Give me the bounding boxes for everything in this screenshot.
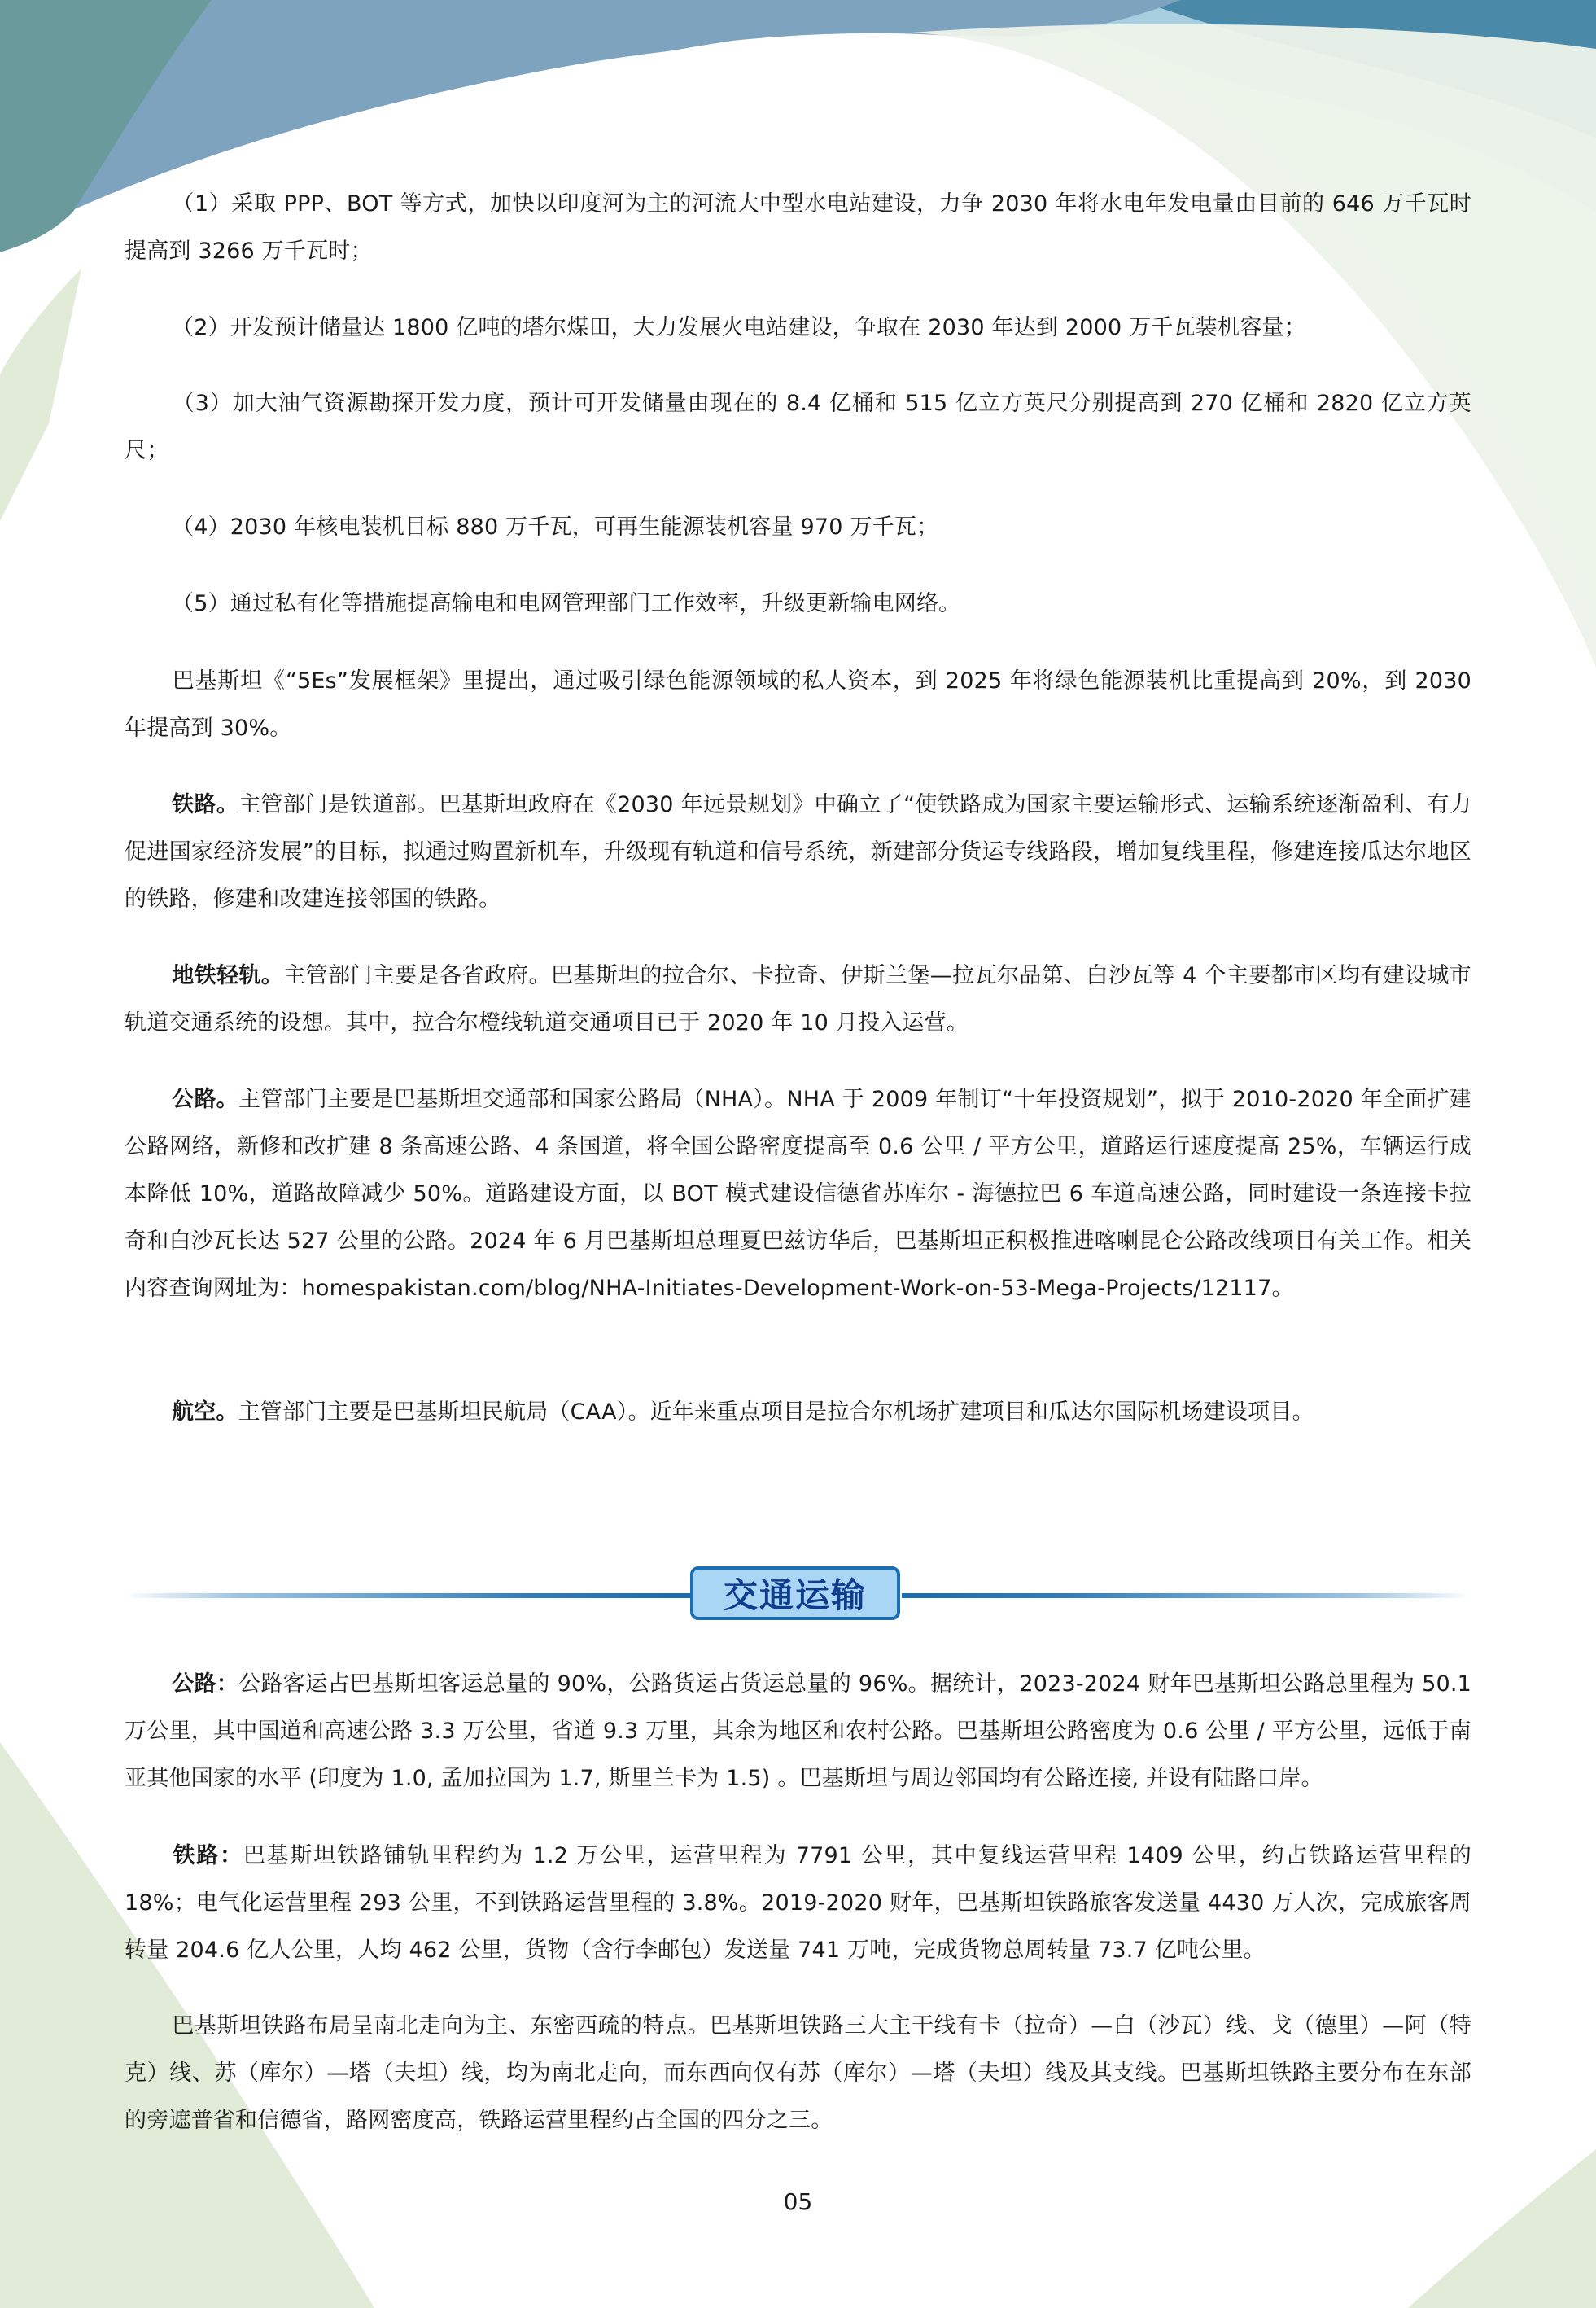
metro-sector-paragraph: 地铁轻轨。主管部门主要是各省政府。巴基斯坦的拉合尔、卡拉奇、伊斯兰堡—拉瓦尔品第… bbox=[125, 953, 1471, 1047]
energy-plan-item-4: （4）2030 年核电装机目标 880 万千瓦，可再生能源装机容量 970 万千… bbox=[125, 504, 1471, 551]
railway-layout-paragraph: 巴基斯坦铁路布局呈南北走向为主、东密西疏的特点。巴基斯坦铁路三大主干线有卡（拉奇… bbox=[125, 2003, 1471, 2144]
paragraph-text: 巴基斯坦铁路铺轨里程约为 1.2 万公里，运营里程为 7791 公里，其中复线运… bbox=[125, 1843, 1471, 1963]
green-energy-framework-paragraph: 巴基斯坦《“5Es”发展框架》里提出，通过吸引绿色能源领域的私人资本，到 202… bbox=[125, 658, 1471, 752]
section-title-badge: 交通运输 bbox=[690, 1566, 900, 1620]
energy-plan-item-1: （1）采取 PPP、BOT 等方式，加快以印度河为主的河流大中型水电站建设，力争… bbox=[125, 181, 1471, 275]
paragraph-lead: 航空。 bbox=[172, 1399, 238, 1425]
section-header-transport: 交通运输 bbox=[125, 1565, 1471, 1625]
railway-sector-paragraph: 铁路。主管部门是铁道部。巴基斯坦政府在《2030 年远景规划》中确立了“使铁路成… bbox=[125, 782, 1471, 923]
transport-railway-paragraph: 铁路：巴基斯坦铁路铺轨里程约为 1.2 万公里，运营里程为 7791 公里，其中… bbox=[125, 1833, 1471, 1974]
highway-sector-paragraph: 公路。主管部门主要是巴基斯坦交通部和国家公路局（NHA）。NHA 于 2009 … bbox=[125, 1076, 1471, 1312]
energy-plan-item-5: （5）通过私有化等措施提高输电和电网管理部门工作效率，升级更新输电网络。 bbox=[125, 580, 1471, 628]
paragraph-text: （4）2030 年核电装机目标 880 万千瓦，可再生能源装机容量 970 万千… bbox=[172, 515, 938, 540]
paragraph-text: （3）加大油气资源勘探开发力度，预计可开发储量由现在的 8.4 亿桶和 515 … bbox=[125, 391, 1471, 463]
paragraph-text: 公路客运占巴基斯坦客运总量的 90%，公路货运占货运总量的 96%。据统计，20… bbox=[125, 1671, 1471, 1791]
paragraph-lead: 铁路。 bbox=[172, 792, 238, 817]
section-title: 交通运输 bbox=[724, 1569, 867, 1618]
paragraph-lead: 公路： bbox=[172, 1671, 238, 1697]
header-divider-right bbox=[902, 1593, 1471, 1598]
paragraph-text: 主管部门主要是巴基斯坦交通部和国家公路局（NHA）。NHA 于 2009 年制订… bbox=[125, 1087, 1471, 1301]
header-divider-left bbox=[125, 1593, 694, 1598]
aviation-sector-paragraph: 航空。主管部门主要是巴基斯坦民航局（CAA）。近年来重点项目是拉合尔机场扩建项目… bbox=[125, 1389, 1471, 1436]
energy-plan-item-3: （3）加大油气资源勘探开发力度，预计可开发储量由现在的 8.4 亿桶和 515 … bbox=[125, 380, 1471, 475]
paragraph-text: （5）通过私有化等措施提高输电和电网管理部门工作效率，升级更新输电网络。 bbox=[172, 591, 960, 616]
paragraph-text: 巴基斯坦《“5Es”发展框架》里提出，通过吸引绿色能源领域的私人资本，到 202… bbox=[125, 668, 1471, 741]
transport-highway-paragraph: 公路：公路客运占巴基斯坦客运总量的 90%，公路货运占货运总量的 96%。据统计… bbox=[125, 1661, 1471, 1802]
paragraph-lead: 公路。 bbox=[172, 1087, 238, 1112]
energy-plan-item-2: （2）开发预计储量达 1800 亿吨的塔尔煤田，大力发展火电站建设，争取在 20… bbox=[125, 304, 1471, 352]
paragraph-text: 主管部门主要是各省政府。巴基斯坦的拉合尔、卡拉奇、伊斯兰堡—拉瓦尔品第、白沙瓦等… bbox=[125, 963, 1471, 1036]
paragraph-lead: 铁路： bbox=[172, 1843, 243, 1868]
paragraph-text: 主管部门主要是巴基斯坦民航局（CAA）。近年来重点项目是拉合尔机场扩建项目和瓜达… bbox=[238, 1399, 1314, 1425]
paragraph-text: （1）采取 PPP、BOT 等方式，加快以印度河为主的河流大中型水电站建设，力争… bbox=[125, 191, 1471, 264]
paragraph-text: 主管部门是铁道部。巴基斯坦政府在《2030 年远景规划》中确立了“使铁路成为国家… bbox=[125, 792, 1471, 912]
paragraph-lead: 地铁轻轨。 bbox=[172, 963, 283, 988]
paragraph-text: 巴基斯坦铁路布局呈南北走向为主、东密西疏的特点。巴基斯坦铁路三大主干线有卡（拉奇… bbox=[125, 2013, 1471, 2133]
paragraph-text: （2）开发预计储量达 1800 亿吨的塔尔煤田，大力发展火电站建设，争取在 20… bbox=[172, 315, 1306, 340]
page-number: 05 bbox=[0, 2188, 1596, 2215]
